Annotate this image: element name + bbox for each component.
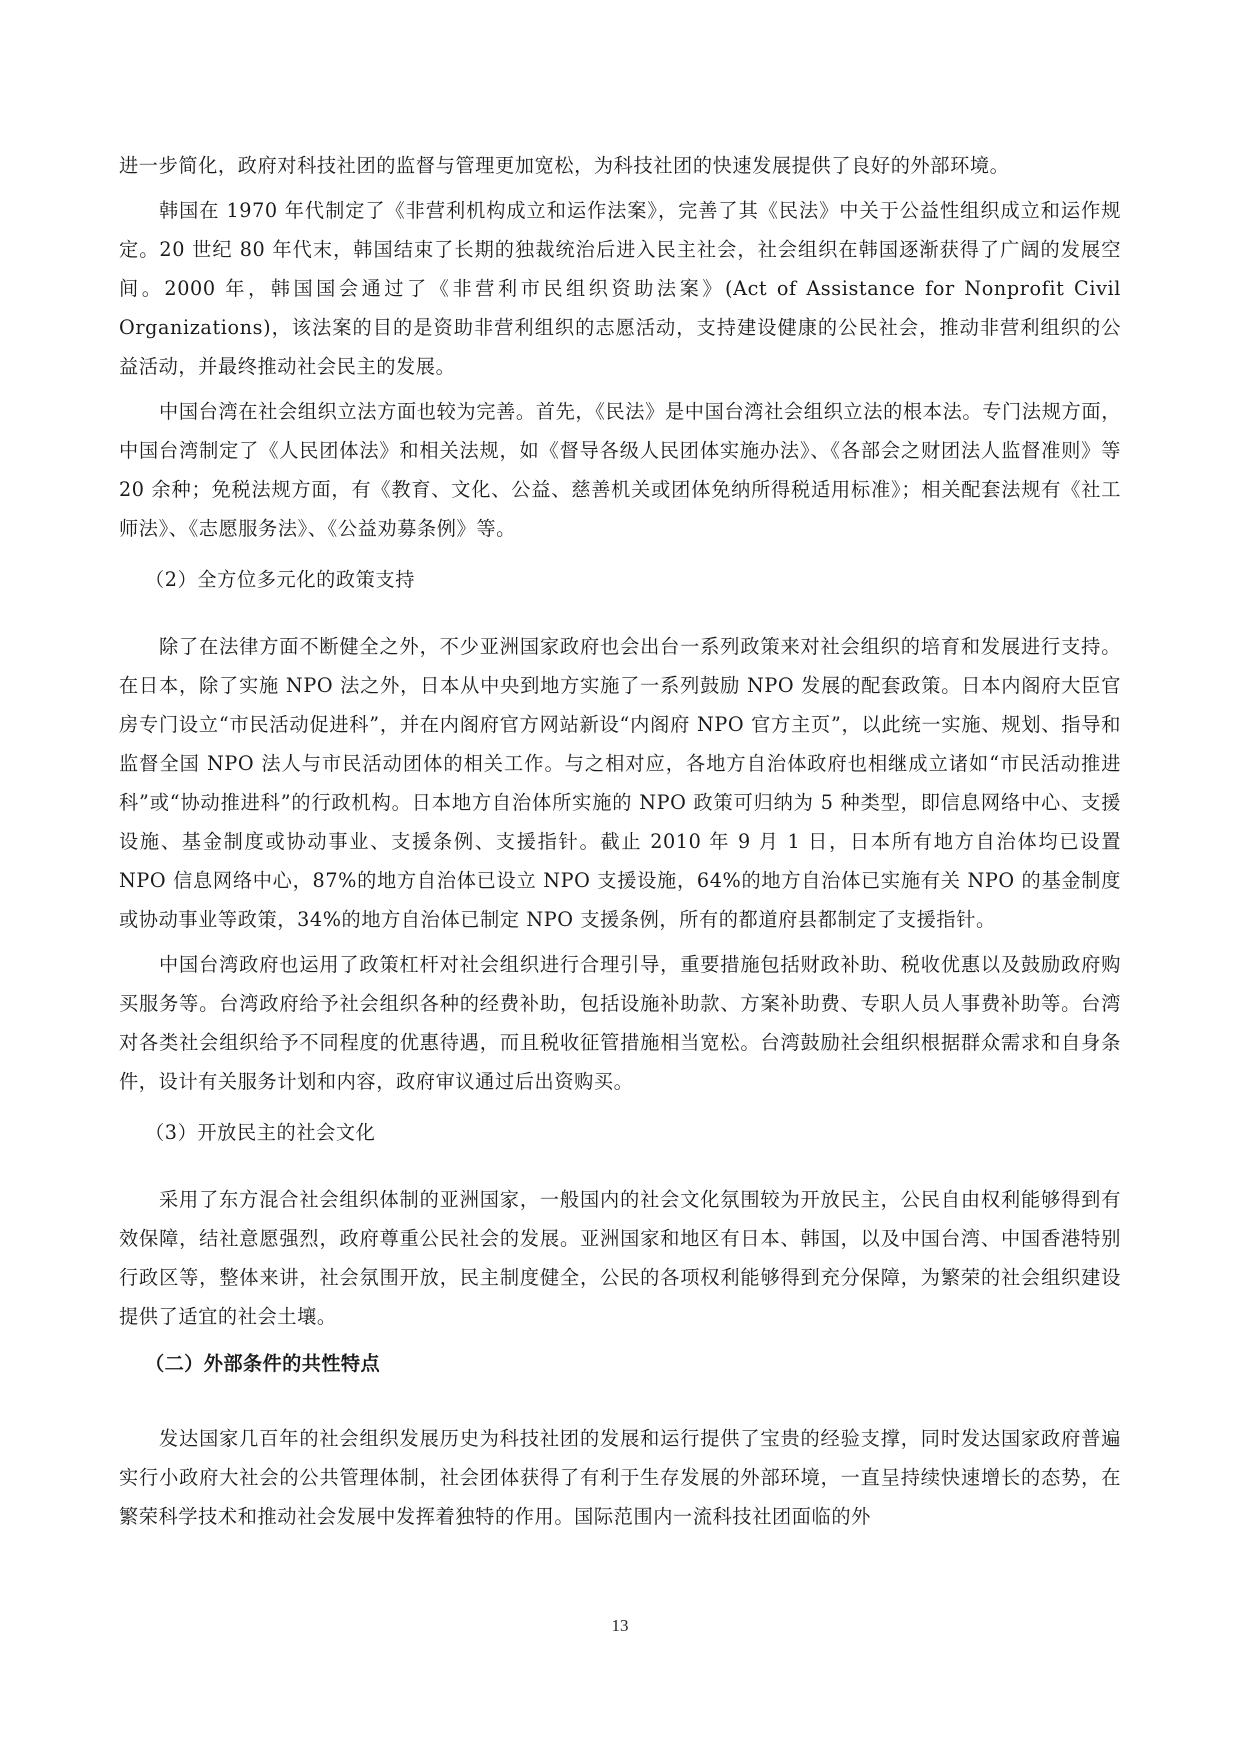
paragraph-taiwan-legislation: 中国台湾在社会组织立法方面也较为完善。首先，《民法》是中国台湾社会组织立法的根本… bbox=[119, 392, 1121, 548]
paragraph-social-culture: 采用了东方混合社会组织体制的亚洲国家，一般国内的社会文化氛围较为开放民主，公民自… bbox=[119, 1180, 1121, 1336]
paragraph-korea-legislation: 韩国在 1970 年代制定了《非营利机构成立和运作法案》，完善了其《民法》中关于… bbox=[119, 191, 1121, 386]
subheading-policy-support: （2）全方位多元化的政策支持 bbox=[119, 560, 1121, 599]
section-heading-external-conditions: （二）外部条件的共性特点 bbox=[119, 1344, 1121, 1383]
paragraph-japan-policy: 除了在法律方面不断健全之外，不少亚洲国家政府也会出台一系列政策来对社会组织的培育… bbox=[119, 627, 1121, 939]
paragraph-continued: 进一步简化，政府对科技社团的监督与管理更加宽松，为科技社团的快速发展提供了良好的… bbox=[119, 146, 1121, 185]
paragraph-developed-countries: 发达国家几百年的社会组织发展历史为科技社团的发展和运行提供了宝贵的经验支撑，同时… bbox=[119, 1419, 1121, 1536]
paragraph-taiwan-policy: 中国台湾政府也运用了政策杠杆对社会组织进行合理引导，重要措施包括财政补助、税收优… bbox=[119, 945, 1121, 1101]
page-number: 13 bbox=[0, 1616, 1240, 1636]
subheading-social-culture: （3）开放民主的社会文化 bbox=[119, 1113, 1121, 1152]
document-page: 进一步简化，政府对科技社团的监督与管理更加宽松，为科技社团的快速发展提供了良好的… bbox=[119, 146, 1121, 1542]
